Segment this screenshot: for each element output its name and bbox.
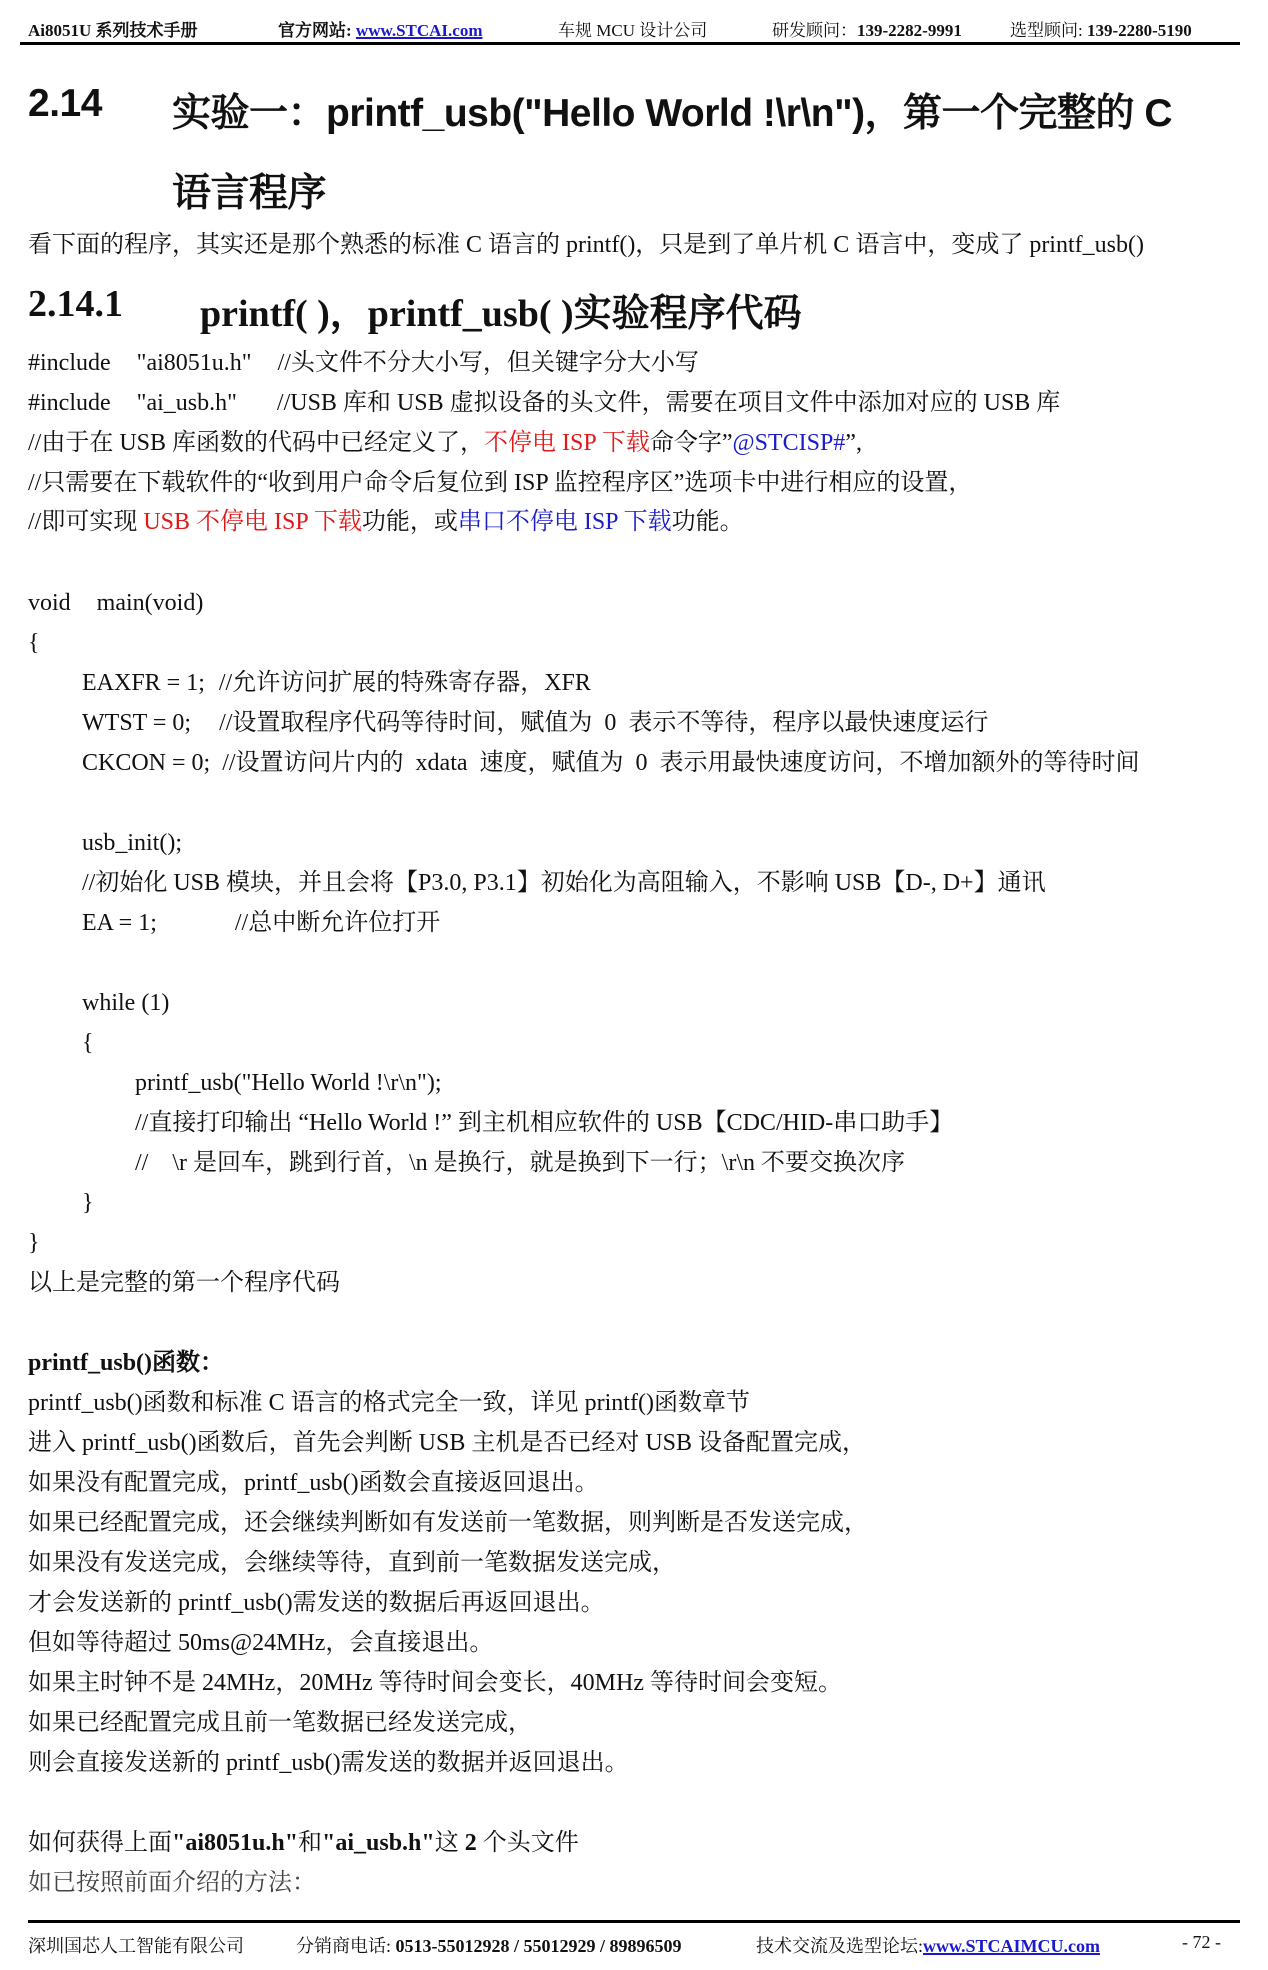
return-type: void	[28, 590, 71, 616]
question-text: 和	[298, 1830, 322, 1856]
header-file-name: "ai_usb.h"	[322, 1830, 435, 1856]
statement: EA = 1;	[82, 910, 157, 936]
code-comment: //头文件不分大小写，但关键字分大小写	[278, 350, 699, 376]
question-text: 如何获得上面	[28, 1830, 172, 1856]
section-title-line2: 语言程序	[172, 162, 326, 218]
code-usb-init: usb_init();	[82, 827, 182, 859]
code-comment: //设置取程序代码等待时间，赋值为 0 表示不等待，程序以最快速度运行	[219, 710, 988, 736]
code-while-open-brace: {	[82, 1027, 94, 1059]
func-line: 如果已经配置完成，还会继续判断如有发送前一笔数据，则判断是否发送完成，	[28, 1507, 868, 1539]
func-line: 如果已经配置完成且前一笔数据已经发送完成，	[28, 1707, 532, 1739]
statement: CKCON = 0;	[82, 750, 210, 776]
code-while-close-brace: }	[82, 1187, 94, 1219]
intro-paragraph: 看下面的程序，其实还是那个熟悉的标准 C 语言的 printf()，只是到了单片…	[28, 229, 1144, 261]
subsection-number: 2.14.1	[28, 282, 123, 326]
function-name: main(void)	[97, 590, 204, 616]
code-printf-call: printf_usb("Hello World !\r\n");	[135, 1067, 442, 1099]
dist-label: 分销商电话:	[296, 1936, 396, 1956]
func-line: 进入 printf_usb()函数后，首先会判断 USB 主机是否已经对 USB…	[28, 1427, 866, 1459]
code-eaxfr: EAXFR = 1;//允许访问扩展的特殊寄存器，XFR	[82, 667, 591, 699]
file-count: 2	[465, 1830, 477, 1856]
code-while: while (1)	[82, 987, 169, 1019]
code-wtst: WTST = 0;//设置取程序代码等待时间，赋值为 0 表示不等待，程序以最快…	[82, 707, 988, 739]
func-line: 如果没有配置完成，printf_usb()函数会直接返回退出。	[28, 1467, 599, 1499]
highlight-blue: @STCISP#	[732, 430, 845, 456]
code-comment: //允许访问扩展的特殊寄存器，XFR	[219, 670, 591, 696]
footer-divider	[28, 1920, 1240, 1923]
sales-label: 选型顾问:	[1010, 21, 1087, 40]
rd-advisor: 研发顾问：139-2282-9991	[772, 16, 962, 41]
forum-link[interactable]: www.STCAIMCU.com	[923, 1936, 1100, 1956]
code-comment-line-3: //由于在 USB 库函数的代码中已经定义了，不停电 ISP 下载命令字”@ST…	[28, 427, 862, 459]
header-files-answer: 如已按照前面介绍的方法：	[28, 1867, 316, 1899]
dist-phones: 0513-55012928 / 55012929 / 89896509	[396, 1936, 682, 1956]
code-main-signature: voidmain(void)	[28, 587, 203, 619]
code-close-brace: }	[28, 1227, 40, 1259]
page-footer: 深圳国芯人工智能有限公司 分销商电话: 0513-55012928 / 5501…	[28, 1932, 1258, 1958]
manual-title: Ai8051U 系列技术手册	[28, 16, 198, 41]
rd-label: 研发顾问：	[772, 21, 857, 40]
sales-advisor: 选型顾问: 139-2280-5190	[1010, 16, 1192, 41]
rd-phone: 139-2282-9991	[857, 21, 962, 40]
func-line: 但如等待超过 50ms@24MHz，会直接退出。	[28, 1627, 493, 1659]
highlight-blue: 串口不停电 ISP 下载	[458, 509, 672, 535]
website-label: 官方网站: www.STCAI.com	[278, 16, 482, 41]
highlight-red: USB 不停电 ISP 下载	[143, 509, 361, 535]
header-divider	[20, 42, 1240, 45]
comment-text: 功能，或	[362, 509, 458, 535]
sales-phone: 139-2280-5190	[1087, 21, 1192, 40]
func-line: 如果主时钟不是 24MHz，20MHz 等待时间会变长，40MHz 等待时间会变…	[28, 1667, 842, 1699]
footer-distributor: 分销商电话: 0513-55012928 / 55012929 / 898965…	[296, 1932, 682, 1958]
comment-text: //由于在 USB 库函数的代码中已经定义了，	[28, 430, 484, 456]
code-include-1: #include"ai8051u.h"//头文件不分大小写，但关键字分大小写	[28, 347, 699, 379]
include-keyword: #include	[28, 350, 111, 376]
include-file: "ai8051u.h"	[137, 350, 252, 376]
include-keyword: #include	[28, 390, 111, 416]
func-line: printf_usb()函数和标准 C 语言的格式完全一致，详见 printf(…	[28, 1387, 750, 1419]
comment-text: 功能。	[672, 509, 744, 535]
code-open-brace: {	[28, 627, 40, 659]
code-ckcon: CKCON = 0;//设置访问片内的 xdata 速度，赋值为 0 表示用最快…	[82, 747, 1140, 779]
code-comment-line-5: //即可实现 USB 不停电 ISP 下载功能，或串口不停电 ISP 下载功能。	[28, 506, 744, 538]
footer-forum: 技术交流及选型论坛:www.STCAIMCU.com	[756, 1932, 1100, 1958]
highlight-red: 不停电 ISP 下载	[484, 430, 650, 456]
website-link[interactable]: www.STCAI.com	[356, 21, 483, 40]
page-number: - 72 -	[1182, 1932, 1221, 1953]
section-number: 2.14	[28, 82, 102, 126]
code-comment: //USB 库和 USB 虚拟设备的头文件，需要在项目文件中添加对应的 USB …	[277, 390, 1060, 416]
forum-label: 技术交流及选型论坛:	[756, 1936, 923, 1956]
comment-text: ”,	[845, 430, 862, 456]
code-comment: //总中断允许位打开	[235, 910, 440, 936]
code-ea: EA = 1;//总中断允许位打开	[82, 907, 440, 939]
page-header: Ai8051U 系列技术手册 官方网站: www.STCAI.com 车规 MC…	[28, 14, 1238, 40]
code-usb-init-comment: //初始化 USB 模块，并且会将【P3.0, P3.1】初始化为高阻输入，不影…	[82, 867, 1046, 899]
func-heading: printf_usb()函数：	[28, 1347, 224, 1379]
question-text: 个头文件	[477, 1830, 579, 1856]
footer-company: 深圳国芯人工智能有限公司	[28, 1932, 244, 1958]
code-printf-comment-2: // \r 是回车，跳到行首，\n 是换行，就是换到下一行；\r\n 不要交换次…	[135, 1147, 905, 1179]
func-line: 才会发送新的 printf_usb()需发送的数据后再返回退出。	[28, 1587, 605, 1619]
section-title-line1: 实验一：printf_usb("Hello World !\r\n")，第一个完…	[172, 82, 1172, 138]
code-comment-line-4: //只需要在下载软件的“收到用户命令后复位到 ISP 监控程序区”选项卡中进行相…	[28, 467, 972, 499]
func-line: 则会直接发送新的 printf_usb()需发送的数据并返回退出。	[28, 1747, 629, 1779]
question-text: 这	[435, 1830, 465, 1856]
comment-text: 命令字”	[650, 430, 733, 456]
code-summary: 以上是完整的第一个程序代码	[28, 1267, 340, 1299]
code-printf-comment-1: //直接打印输出 “Hello World !” 到主机相应软件的 USB【CD…	[135, 1107, 953, 1139]
statement: WTST = 0;	[82, 710, 191, 736]
company-tag: 车规 MCU 设计公司	[558, 16, 707, 41]
comment-text: //即可实现	[28, 509, 143, 535]
header-files-question: 如何获得上面"ai8051u.h"和"ai_usb.h"这 2 个头文件	[28, 1827, 579, 1859]
subsection-title: printf( )，printf_usb( )实验程序代码	[200, 282, 802, 337]
header-file-name: "ai8051u.h"	[172, 1830, 298, 1856]
website-label-text: 官方网站:	[278, 21, 356, 40]
include-file: "ai_usb.h"	[137, 390, 237, 416]
code-include-2: #include"ai_usb.h"//USB 库和 USB 虚拟设备的头文件，…	[28, 387, 1060, 419]
code-comment: //设置访问片内的 xdata 速度，赋值为 0 表示用最快速度访问，不增加额外…	[222, 750, 1139, 776]
statement: EAXFR = 1;	[82, 670, 205, 696]
func-line: 如果没有发送完成，会继续等待，直到前一笔数据发送完成，	[28, 1547, 676, 1579]
